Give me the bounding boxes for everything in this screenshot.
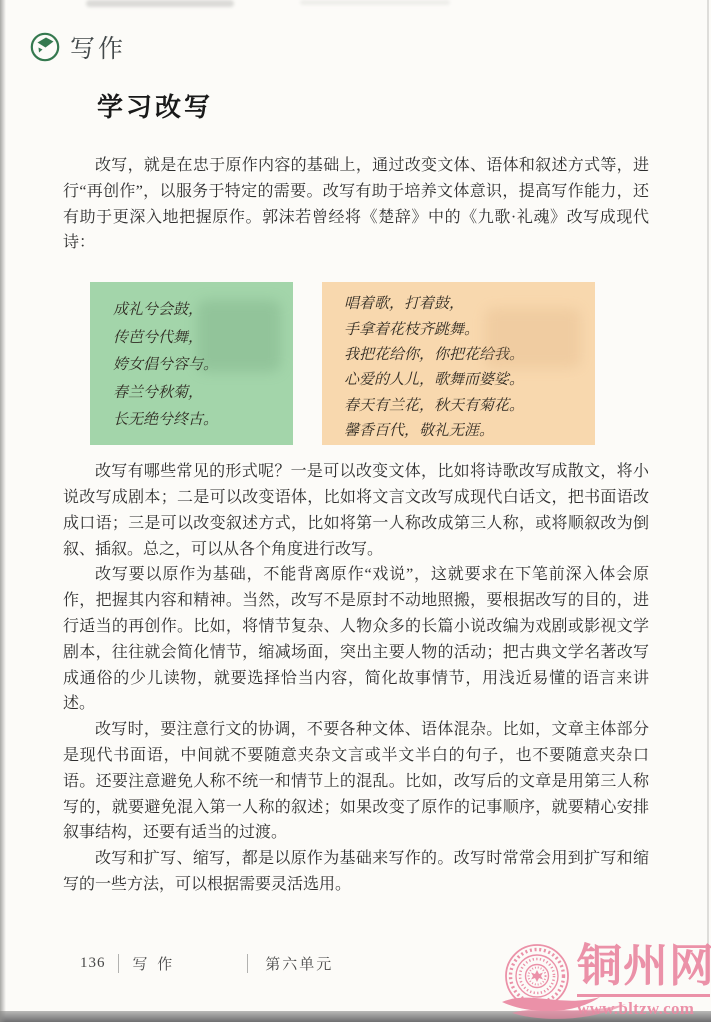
section-header: 写作	[29, 29, 126, 65]
poem-line: 馨香百代，敬礼无涯。	[344, 419, 595, 444]
paragraph-consistency: 改写时，要注意行文的协调，不要各种文体、语体混杂。比如，文章主体部分是现代书面语…	[63, 717, 649, 846]
footer-divider	[118, 954, 119, 973]
poem-line: 春天有兰花，秋天有菊花。	[344, 394, 595, 419]
poem-box-original: 成礼兮会鼓， 传芭兮代舞， 姱女倡兮容与。 春兰兮秋菊， 长无绝兮终古。	[90, 282, 293, 445]
paragraph-intro: 改写，就是在忠于原作内容的基础上，通过改变文体、语体和叙述方式等，进行“再创作”…	[63, 153, 649, 256]
page-title: 学习改写	[97, 87, 213, 124]
poem-line: 成礼兮会鼓，	[113, 297, 293, 325]
watermark: 铜州网 www.bltzw.com	[500, 936, 711, 1022]
footer-divider	[247, 954, 248, 973]
poem-line: 我把花给你，你把花给我。	[344, 343, 595, 368]
watermark-url: www.bltzw.com	[577, 999, 711, 1019]
footer-unit-label: 第六单元	[265, 953, 333, 974]
poem-line: 传芭兮代舞，	[113, 325, 293, 353]
poem-line: 心爱的人儿，歌舞而婆娑。	[344, 368, 595, 393]
footer-section-label: 写 作	[133, 953, 176, 974]
poem-comparison: 成礼兮会鼓， 传芭兮代舞， 姱女倡兮容与。 春兰兮秋菊， 长无绝兮终古。 唱着歌…	[90, 282, 649, 445]
watermark-site-name: 铜州网	[577, 944, 711, 990]
poem-line: 唱着歌，打着鼓，	[344, 292, 595, 317]
page-number: 136	[80, 955, 106, 972]
scan-smudge	[86, 0, 234, 7]
body-text: 改写，就是在忠于原作内容的基础上，通过改变文体、语体和叙述方式等，进行“再创作”…	[63, 153, 649, 898]
watermark-text: 铜州网 www.bltzw.com	[577, 944, 711, 1019]
paragraph-forms: 改写有哪些常见的形式呢？一是可以改变文体，比如将诗歌改写成散文，将小说改写成剧本…	[63, 459, 649, 562]
poem-line: 长无绝兮终古。	[113, 407, 293, 435]
scan-edge-left	[0, 0, 6, 1022]
poem-box-rewritten: 唱着歌，打着鼓， 手拿着花枝齐跳舞。 我把花给你，你把花给我。 心爱的人儿，歌舞…	[322, 282, 595, 445]
poem-line: 姱女倡兮容与。	[113, 352, 293, 380]
section-label: 写作	[70, 29, 126, 65]
page-footer: 136 写 作 第六单元	[80, 953, 333, 974]
scan-smudge	[300, 0, 450, 5]
watermark-underline	[577, 994, 710, 997]
poem-line: 手拿着花枝齐跳舞。	[344, 318, 595, 343]
scan-edge-right	[707, 0, 709, 981]
paragraph-fidelity: 改写要以原作为基础，不能背离原作“戏说”，这就要求在下笔前深入体会原作，把握其内…	[63, 562, 649, 717]
writing-section-icon	[29, 31, 61, 63]
textbook-page: 写作 学习改写 改写，就是在忠于原作内容的基础上，通过改变文体、语体和叙述方式等…	[0, 0, 711, 1022]
paragraph-methods: 改写和扩写、缩写，都是以原作为基础来写作的。改写时常常会用到扩写和缩写的一些方法…	[63, 846, 649, 898]
poem-line: 春兰兮秋菊，	[113, 380, 293, 408]
